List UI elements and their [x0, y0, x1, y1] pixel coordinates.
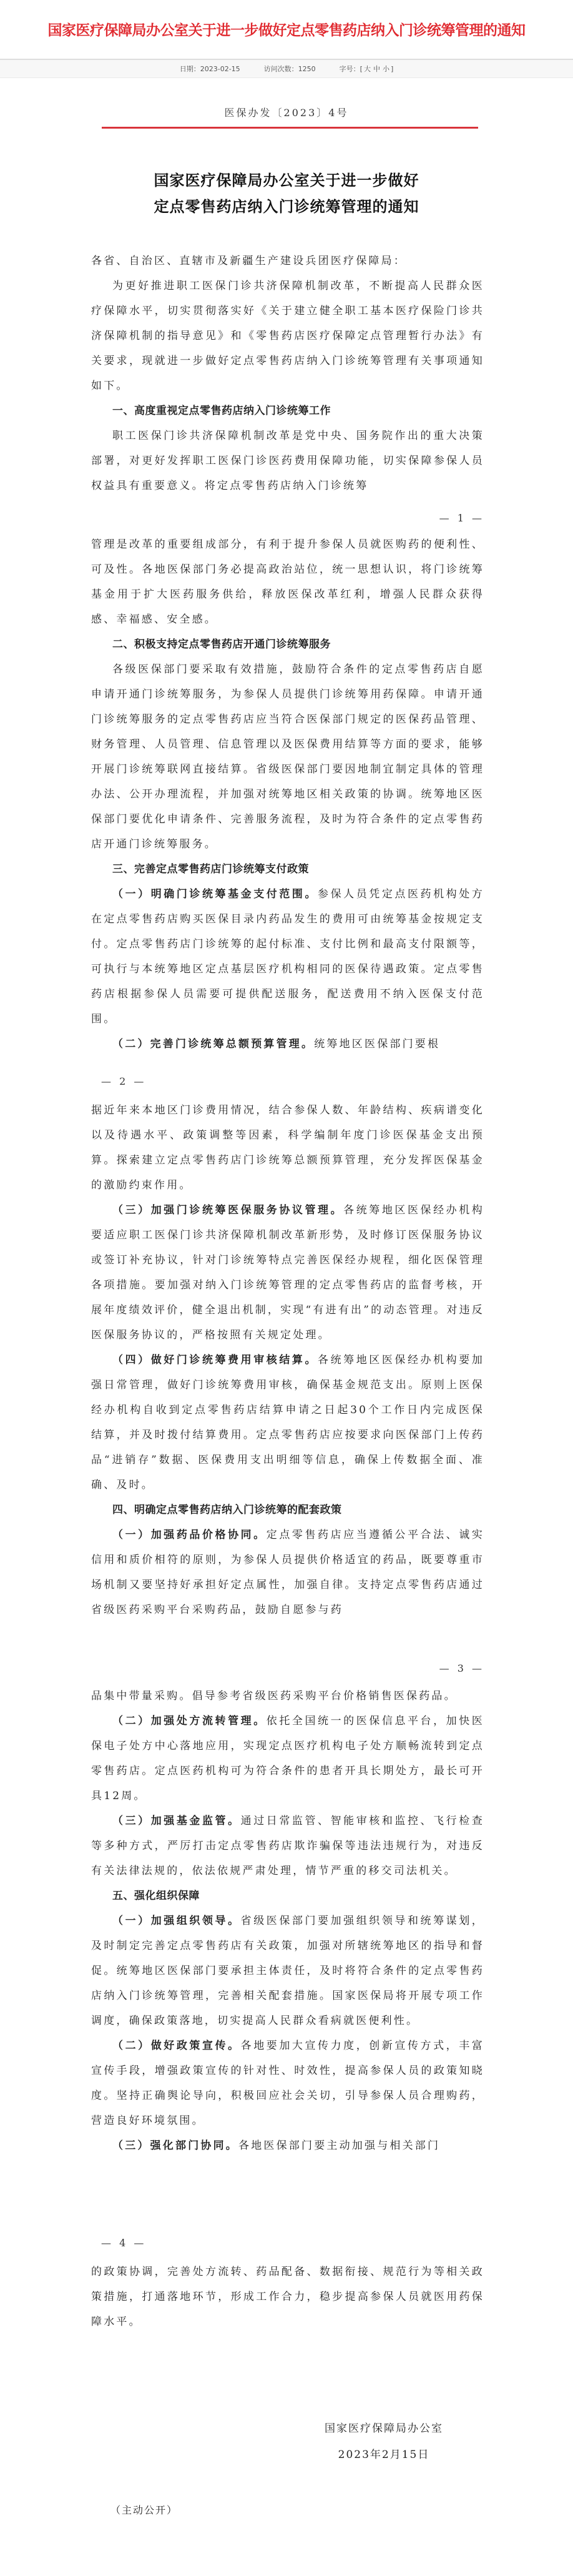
- item-text: 省级医保部门要加强组织领导和统筹谋划，及时制定完善定点零售药店有关政策，加强对所…: [91, 1915, 484, 2027]
- item-label: （一）加强药品价格协同。: [112, 1529, 267, 1541]
- item-label: （三）加强门诊统筹医保服务协议管理。: [112, 1204, 343, 1216]
- item-label: （一）明确门诊统筹基金支付范围。: [112, 888, 318, 901]
- section-5-item-2: （二）做好政策宣传。各地要加大宣传力度，创新宣传方式，丰富宣传手段，增强政策宣传…: [91, 2033, 484, 2133]
- page-number-2: — 2 —: [91, 1069, 494, 1094]
- item-label: （三）强化部门协同。: [112, 2139, 238, 2152]
- section-1-paragraph-2: 管理是改革的重要组成部分，有利于提升参保人员就医购药的便利性、可及性。各地医保部…: [91, 532, 484, 632]
- item-text: 统筹地区医保部门要根: [314, 1038, 440, 1050]
- font-size-control: 字号：[大中小]: [340, 64, 394, 74]
- red-header-rule: [102, 127, 478, 129]
- heading-line-1: 国家医疗保障局办公室关于进一步做好: [0, 167, 573, 194]
- page-5-text: 的政策协调，完善处方流转、药品配备、数据衔接、规范行为等相关政策措施，打通落地环…: [91, 2259, 484, 2334]
- page-number-4: — 4 —: [91, 2231, 494, 2256]
- section-2-paragraph: 各级医保部门要采取有效措施，鼓励符合条件的定点零售药店自愿申请开通门诊统筹服务，…: [91, 657, 484, 857]
- visits-value: 1250: [298, 65, 316, 73]
- section-3-item-4: （四）做好门诊统筹费用审核结算。各统筹地区医保经办机构要加强日常管理，做好门诊统…: [91, 1348, 484, 1498]
- item-label: （二）完善门诊统筹总额预算管理。: [112, 1038, 314, 1050]
- page-number-1: — 1 —: [91, 506, 504, 531]
- section-1-paragraph-1: 职工医保门诊共济保障机制改革是党中央、国务院作出的重大决策部署，对更好发挥职工医…: [91, 423, 484, 498]
- section-4-item-3: （三）加强基金监管。通过日常监管、智能审核和监控、飞行检查等多种方式，严厉打击定…: [91, 1809, 484, 1883]
- item-label: （二）做好政策宣传。: [112, 2040, 241, 2052]
- item-text: 各地要加大宣传力度，创新宣传方式，丰富宣传手段，增强政策宣传的针对性、时效性，提…: [91, 2040, 484, 2127]
- section-4-item-2: （二）加强处方流转管理。依托全国统一的医保信息平台，加快医保电子处方中心落地应用…: [91, 1709, 484, 1809]
- font-size-medium[interactable]: 中: [372, 65, 381, 73]
- issue-date: 2023年2月15日: [312, 2442, 456, 2468]
- bracket-close: ]: [391, 65, 393, 73]
- date-value: 2023-02-15: [200, 65, 240, 73]
- item-text: 各统筹地区医保经办机构要加强日常管理，做好门诊统筹费用审核，确保基金规范支出。原…: [91, 1354, 484, 1491]
- page-number-3: — 3 —: [91, 1656, 504, 1681]
- disclosure-mark: （主动公开）: [110, 2502, 178, 2517]
- section-5-item-3: （三）强化部门协同。各地医保部门要主动加强与相关部门: [91, 2133, 484, 2158]
- heading-line-2: 定点零售药店纳入门诊统筹管理的通知: [0, 194, 573, 220]
- item-label: （四）做好门诊统筹费用审核结算。: [112, 1354, 318, 1366]
- section-3-item-2: （二）完善门诊统筹总额预算管理。统筹地区医保部门要根: [91, 1032, 484, 1057]
- section-4-heading: 四、明确定点零售药店纳入门诊统筹的配套政策: [91, 1498, 484, 1522]
- section-3-heading: 三、完善定点零售药店门诊统筹支付政策: [91, 857, 484, 882]
- visit-count: 访问次数：1250: [264, 64, 316, 74]
- issuing-organization: 国家医疗保障局办公室: [312, 2416, 456, 2442]
- section-3-item-2-cont: 据近年来本地区门诊费用情况，结合参保人数、年龄结构、疾病谱变化以及待遇水平、政策…: [91, 1098, 484, 1198]
- article-meta-bar: 日期：2023-02-15 访问次数：1250 字号：[大中小]: [0, 59, 573, 78]
- section-4-item-1-cont: 品集中带量采购。倡导参考省级医药采购平台价格销售医保药品。: [91, 1684, 484, 1709]
- page-1-text: 各省、自治区、直辖市及新疆生产建设兵团医疗保障局： 为更好推进职工医保门诊共济保…: [91, 249, 484, 498]
- font-size-large[interactable]: 大: [363, 65, 372, 73]
- item-text: 参保人员凭定点医药机构处方在定点零售药店购买医保目录内药品发生的费用可由统筹基金…: [91, 888, 484, 1025]
- section-5-heading: 五、强化组织保障: [91, 1883, 484, 1908]
- intro-paragraph: 为更好推进职工医保门诊共济保障机制改革，不断提高人民群众医疗保障水平，切实贯彻落…: [91, 274, 484, 398]
- font-size-small[interactable]: 小: [381, 65, 391, 73]
- page-4-text: 品集中带量采购。倡导参考省级医药采购平台价格销售医保药品。 （二）加强处方流转管…: [91, 1684, 484, 2158]
- item-label: （一）加强组织领导。: [112, 1915, 241, 1927]
- item-label: （三）加强基金监管。: [112, 1815, 241, 1827]
- item-text: 各统筹地区医保经办机构要适应职工医保门诊共济保障机制改革新形势，及时修订医保服务…: [91, 1204, 484, 1341]
- page-2-text: 管理是改革的重要组成部分，有利于提升参保人员就医购药的便利性、可及性。各地医保部…: [91, 532, 484, 1057]
- section-3-item-1: （一）明确门诊统筹基金支付范围。参保人员凭定点医药机构处方在定点零售药店购买医保…: [91, 882, 484, 1032]
- visits-label: 访问次数：: [264, 65, 298, 73]
- item-text: 依托全国统一的医保信息平台，加快医保电子处方中心落地应用，实现定点医疗机构电子处…: [91, 1715, 484, 1802]
- item-text: 各地医保部门要主动加强与相关部门: [238, 2139, 440, 2152]
- item-text: 定点零售药店应当遵循公平合法、诚实信用和质价相符的原则，为参保人员提供价格适宜的…: [91, 1529, 484, 1616]
- section-5-item-1: （一）加强组织领导。省级医保部门要加强组织领导和统筹谋划，及时制定完善定点零售药…: [91, 1908, 484, 2033]
- section-4-item-1: （一）加强药品价格协同。定点零售药店应当遵循公平合法、诚实信用和质价相符的原则，…: [91, 1522, 484, 1622]
- date-label: 日期：: [180, 65, 200, 73]
- font-size-label: 字号：: [340, 65, 360, 73]
- section-1-heading: 一、高度重视定点零售药店纳入门诊统筹工作: [91, 398, 484, 423]
- signature-block: 国家医疗保障局办公室 2023年2月15日: [312, 2416, 456, 2468]
- page-3-text: 据近年来本地区门诊费用情况，结合参保人数、年龄结构、疾病谱变化以及待遇水平、政策…: [91, 1098, 484, 1622]
- document-number: 医保办发〔2023〕4号: [0, 105, 573, 119]
- section-2-heading: 二、积极支持定点零售药店开通门诊统筹服务: [91, 632, 484, 657]
- addressee: 各省、自治区、直辖市及新疆生产建设兵团医疗保障局：: [91, 249, 484, 274]
- page-title: 国家医疗保障局办公室关于进一步做好定点零售药店纳入门诊统筹管理的通知: [0, 19, 573, 39]
- publish-date: 日期：2023-02-15: [180, 64, 240, 74]
- document-heading: 国家医疗保障局办公室关于进一步做好 定点零售药店纳入门诊统筹管理的通知: [0, 167, 573, 220]
- section-5-item-3-cont: 的政策协调，完善处方流转、药品配备、数据衔接、规范行为等相关政策措施，打通落地环…: [91, 2259, 484, 2334]
- section-3-item-3: （三）加强门诊统筹医保服务协议管理。各统筹地区医保经办机构要适应职工医保门诊共济…: [91, 1198, 484, 1348]
- item-label: （二）加强处方流转管理。: [112, 1715, 267, 1727]
